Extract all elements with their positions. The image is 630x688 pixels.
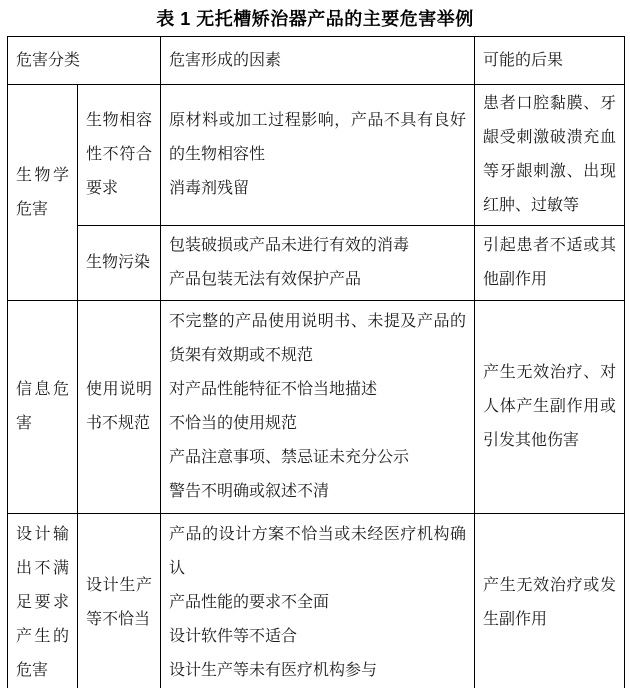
factors-cell: 产品的设计方案不恰当或未经医疗机构确认 产品性能的要求不全面 设计软件等不适合 … xyxy=(161,514,475,688)
category-cell-biological: 生物学危害 xyxy=(8,85,78,301)
subcategory-cell-contamination: 生物污染 xyxy=(78,226,161,301)
factor-paragraph: 设计生产等未有医疗机构参与 xyxy=(169,654,466,688)
subcategory-cell-biocompatibility: 生物相容性不符合要求 xyxy=(78,85,161,226)
header-factors-cell: 危害形成的因素 xyxy=(161,37,475,85)
table-title: 表 1 无托槽矫治器产品的主要危害举例 xyxy=(0,6,630,32)
header-consequences-cell: 可能的后果 xyxy=(475,37,625,85)
category-cell-information: 信息危害 xyxy=(8,301,78,514)
factor-paragraph: 产品包装无法有效保护产品 xyxy=(169,263,466,297)
factor-paragraph: 不完整的产品使用说明书、未提及产品的货架有效期或不规范 xyxy=(169,305,466,373)
factor-paragraph: 产品性能的要求不全面 xyxy=(169,586,466,620)
factor-paragraph: 产品的设计方案不恰当或未经医疗机构确认 xyxy=(169,518,466,586)
document-page: 表 1 无托槽矫治器产品的主要危害举例 危害分类 危害形成的因素 可能的后果 生… xyxy=(0,0,630,688)
table-row: 生物学危害 生物相容性不符合要求 原材料或加工过程影响，产品不具有良好的生物相容… xyxy=(8,85,625,226)
factor-paragraph: 原材料或加工过程影响，产品不具有良好的生物相容性 xyxy=(169,104,466,172)
factor-paragraph: 不恰当的使用规范 xyxy=(169,407,466,441)
factors-cell: 包装破损或产品未进行有效的消毒 产品包装无法有效保护产品 xyxy=(161,226,475,301)
factor-paragraph: 对产品性能特征不恰当地描述 xyxy=(169,373,466,407)
factor-paragraph: 包装破损或产品未进行有效的消毒 xyxy=(169,229,466,263)
factor-paragraph: 产品注意事项、禁忌证未充分公示 xyxy=(169,441,466,475)
subcategory-cell-manual: 使用说明书不规范 xyxy=(78,301,161,514)
table-row: 信息危害 使用说明书不规范 不完整的产品使用说明书、未提及产品的货架有效期或不规… xyxy=(8,301,625,514)
consequence-cell: 产生无效治疗或发生副作用 xyxy=(475,514,625,688)
table-row: 生物污染 包装破损或产品未进行有效的消毒 产品包装无法有效保护产品 引起患者不适… xyxy=(8,226,625,301)
factor-paragraph: 消毒剂残留 xyxy=(169,172,466,206)
hazard-table: 危害分类 危害形成的因素 可能的后果 生物学危害 生物相容性不符合要求 原材料或… xyxy=(7,36,625,688)
factor-paragraph: 警告不明确或叙述不清 xyxy=(169,475,466,509)
subcategory-cell-design-production: 设计生产等不恰当 xyxy=(78,514,161,688)
consequence-cell: 患者口腔黏膜、牙龈受刺激破溃充血等牙龈刺激、出现红肿、过敏等 xyxy=(475,85,625,226)
factors-cell: 不完整的产品使用说明书、未提及产品的货架有效期或不规范 对产品性能特征不恰当地描… xyxy=(161,301,475,514)
table-header-row: 危害分类 危害形成的因素 可能的后果 xyxy=(8,37,625,85)
header-category-cell: 危害分类 xyxy=(8,37,161,85)
category-cell-design-output: 设计输出不满足要求产生的危害 xyxy=(8,514,78,688)
consequence-cell: 产生无效治疗、对人体产生副作用或引发其他伤害 xyxy=(475,301,625,514)
consequence-cell: 引起患者不适或其他副作用 xyxy=(475,226,625,301)
factors-cell: 原材料或加工过程影响，产品不具有良好的生物相容性 消毒剂残留 xyxy=(161,85,475,226)
factor-paragraph: 设计软件等不适合 xyxy=(169,620,466,654)
table-row: 设计输出不满足要求产生的危害 设计生产等不恰当 产品的设计方案不恰当或未经医疗机… xyxy=(8,514,625,688)
